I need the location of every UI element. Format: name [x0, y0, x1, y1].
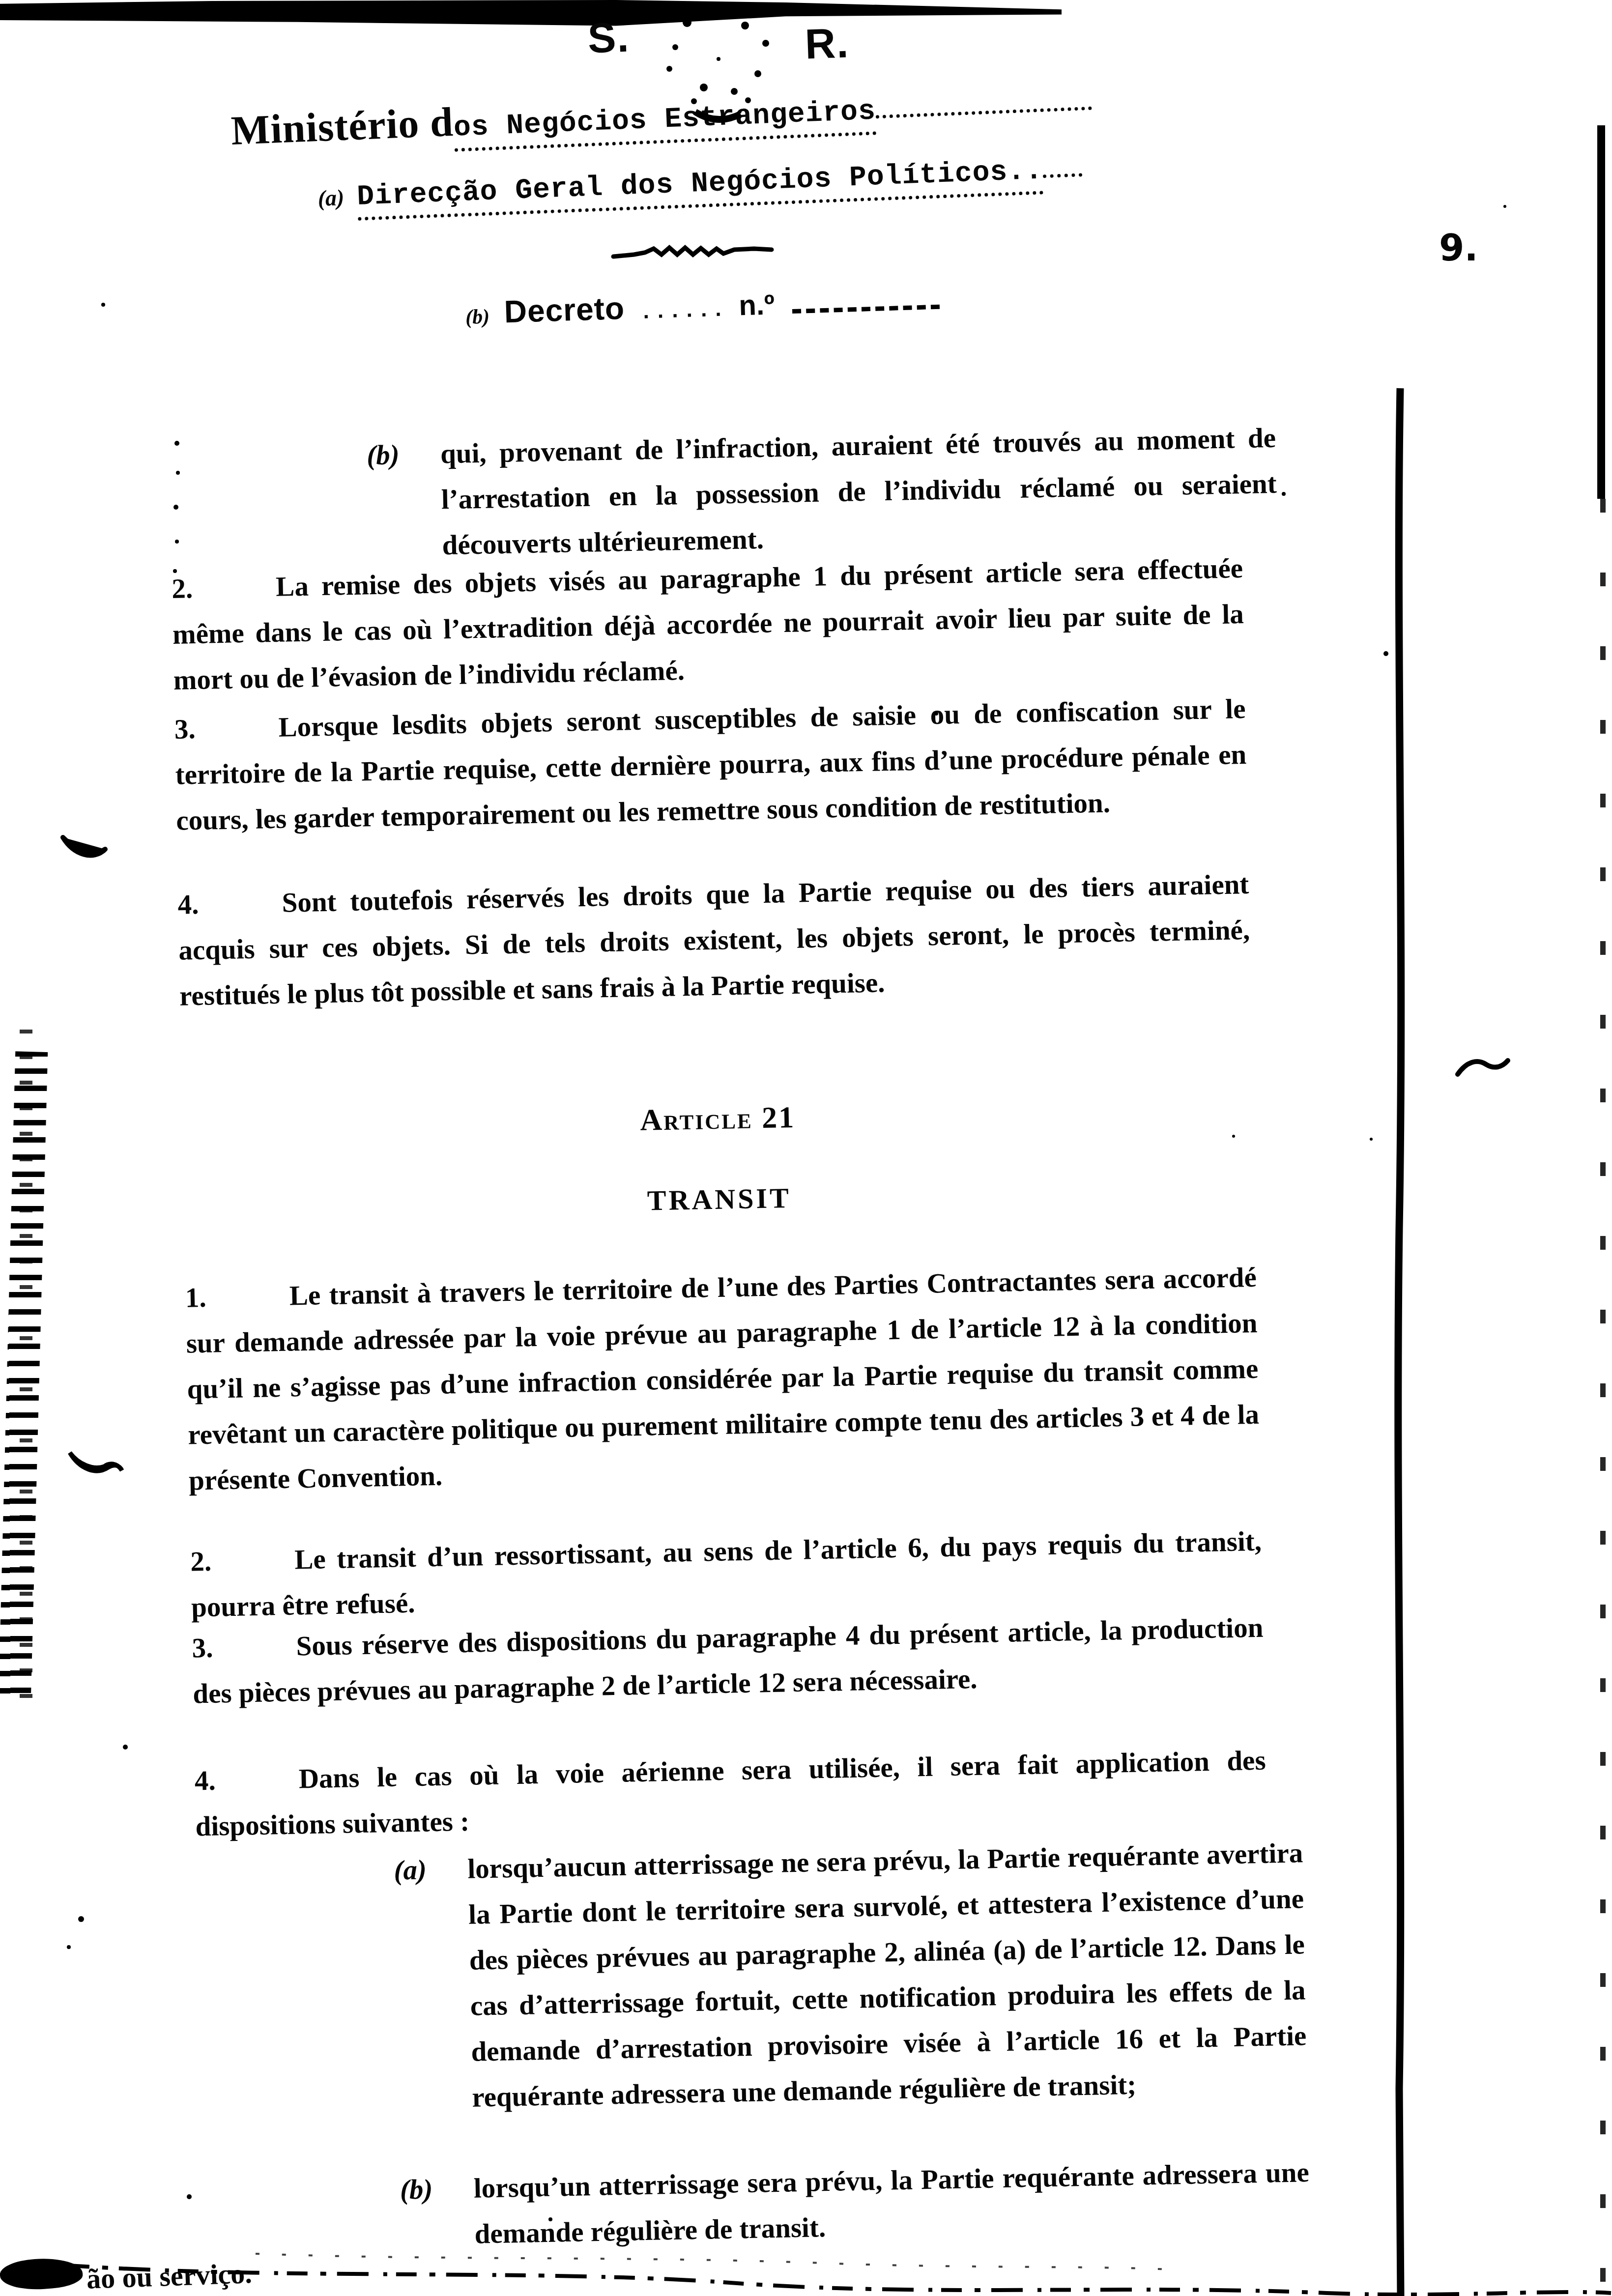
paragraph-text: Sous réserve des dispositions du paragra…: [193, 1612, 1264, 1710]
item-label: (b): [400, 2166, 474, 2213]
squiggle-divider: [613, 248, 772, 257]
classification-letter-r: R.: [804, 19, 850, 69]
transit-paragraph-4: 4.Dans le cas où la voie aérienne sera u…: [194, 1738, 1267, 1850]
direction-typed-text: Direcção Geral dos Negócios Políticos..: [356, 155, 1043, 221]
item-label: (a): [394, 1846, 468, 1894]
list-item-a-transit: (a)lorsqu’aucun atterrissage ne sera pré…: [394, 1830, 1308, 2122]
decree-dotted-blank: ......: [639, 298, 727, 325]
scan-top-edge-artifact: [0, 0, 1062, 31]
classification-letter-s: S.: [587, 13, 631, 63]
pen-check-mark-1: [63, 837, 105, 855]
pen-tilde-mark: [1458, 1061, 1508, 1074]
paragraph-text: Le transit à travers le territoire de l’…: [186, 1262, 1259, 1496]
pen-check-mark-2: [70, 1453, 122, 1471]
left-margin-print-marks-2: [20, 1030, 32, 1715]
hand-drawn-vertical-line: [1398, 388, 1401, 2296]
letterhead-direction-line: (a)Direcção Geral dos Negócios Políticos…: [317, 153, 1083, 215]
ministry-printed-text: Ministério d: [230, 99, 454, 154]
transit-subheading: TRANSIT: [183, 1166, 1255, 1233]
scanned-document-page: S. R. Ministério dos Negócios Estrangeir…: [0, 0, 1612, 2296]
item-text: lorsqu’un atterrissage sera prévu, la Pa…: [473, 2157, 1309, 2250]
paragraph-number: 4.: [194, 1756, 299, 1804]
paragraph-4: 4.Sont toutefois réservés les droits que…: [177, 861, 1251, 1019]
letterhead-decree-line: (b)Decreto......n.º: [465, 280, 940, 331]
decree-word: Decreto: [504, 290, 625, 330]
letterhead-ministry-line: Ministério dos Negócios Estrangeiros: [230, 73, 1093, 155]
item-label: (b): [366, 431, 441, 478]
list-item-b-extradition: (b)qui, provenant de l’infraction, aurai…: [366, 415, 1278, 570]
ministry-typed-text: os Negócios Estrangeiros: [453, 95, 877, 151]
line-a-label: (a): [317, 185, 345, 211]
illegible-ink-blob: [0, 2256, 84, 2292]
article-21-heading: Article 21: [182, 1086, 1254, 1152]
scan-right-edge-dashes: [1600, 499, 1606, 2296]
paragraph-text: Sont toutefois réservés les droits que l…: [178, 869, 1250, 1012]
footer-partial-note: ão ou serviço.: [86, 2257, 253, 2296]
paragraph-text: Lorsque lesdits objets seront susceptibl…: [175, 693, 1247, 836]
paragraph-number: 2.: [190, 1537, 295, 1585]
handwritten-page-number: 9.: [1439, 227, 1478, 269]
item-text: qui, provenant de l’infraction, auraient…: [440, 423, 1277, 561]
paragraph-2: 2.La remise des objets visés au paragrap…: [171, 545, 1245, 703]
paragraph-text: La remise des objets visés au paragraphe…: [172, 553, 1244, 696]
paragraph-number: 3.: [174, 705, 279, 752]
paragraph-text: Dans le cas où la voie aérienne sera uti…: [195, 1745, 1266, 1842]
dotted-rule-tail: [875, 95, 1092, 119]
decree-number-blank: [792, 298, 940, 314]
list-item-b-transit: (b)lorsqu’un atterrissage sera prévu, la…: [400, 2150, 1310, 2258]
paragraph-number: 4.: [177, 880, 283, 928]
scan-right-edge-artifact: [1597, 125, 1605, 499]
document-body: (b)qui, provenant de l’infraction, aurai…: [169, 407, 1278, 2285]
dotted-rule-tail: [1042, 161, 1082, 178]
paragraph-number: 1.: [185, 1273, 290, 1321]
transit-paragraph-1: 1.Le transit à travers le territoire de …: [185, 1255, 1261, 1504]
item-text: lorsqu’aucun atterrissage ne sera prévu,…: [467, 1837, 1307, 2113]
decree-label: (b): [465, 305, 489, 329]
decree-numero-label: n.º: [738, 288, 775, 321]
paragraph-number: 2.: [171, 564, 276, 612]
paragraph-number: 3.: [192, 1623, 297, 1671]
paragraph-3: 3.Lorsque lesdits objets seront suscepti…: [174, 686, 1248, 844]
